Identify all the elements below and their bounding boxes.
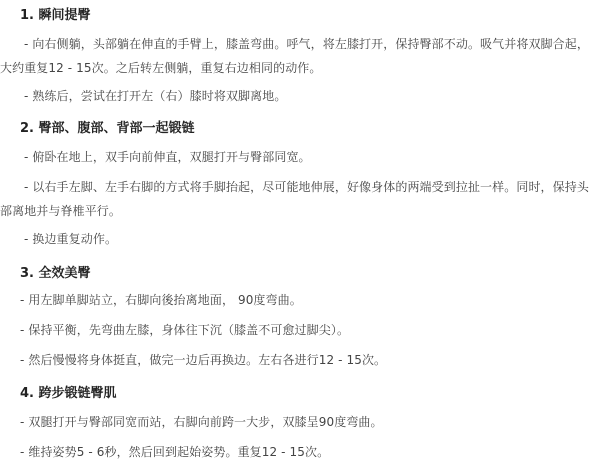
section-1-paragraph-2: - 熟练后，尝试在打开左（右）膝时将双脚离地。 xyxy=(0,84,600,108)
section-3-paragraph-1: - 用左脚单脚站立，右脚向後抬离地面， 90度弯曲。 xyxy=(0,288,600,312)
section-2-paragraph-3: - 换边重复动作。 xyxy=(0,227,600,251)
section-4-paragraph-1: - 双腿打开与臀部同宽而站，右脚向前跨一大步，双膝呈90度弯曲。 xyxy=(0,410,600,434)
section-3-paragraph-3: - 然后慢慢将身体挺直，做完一边后再换边。左右各进行12 - 15次。 xyxy=(0,348,600,372)
section-2-paragraph-1: - 俯卧在地上，双手向前伸直，双腿打开与臀部同宽。 xyxy=(0,145,600,169)
section-2-paragraph-2: - 以右手左脚、左手右脚的方式将手脚抬起，尽可能地伸展，好像身体的两端受到拉扯一… xyxy=(0,175,600,223)
section-4-paragraph-2: - 维持姿势5 - 6秒，然后回到起始姿势。重复12 - 15次。 xyxy=(0,440,600,463)
section-1-paragraph-1: - 向右侧躺，头部躺在伸直的手臂上，膝盖弯曲。呼气，将左膝打开，保持臀部不动。吸… xyxy=(0,32,600,80)
section-heading-1: 1. 瞬间提臀 xyxy=(20,4,91,23)
section-3-paragraph-2: - 保持平衡，先弯曲左膝，身体往下沉（膝盖不可愈过脚尖）。 xyxy=(0,318,600,342)
section-heading-2: 2. 臀部、腹部、背部一起锻链 xyxy=(20,117,195,136)
section-heading-3: 3. 全效美臀 xyxy=(20,262,91,281)
section-heading-4: 4. 跨步锻链臀肌 xyxy=(20,382,117,401)
